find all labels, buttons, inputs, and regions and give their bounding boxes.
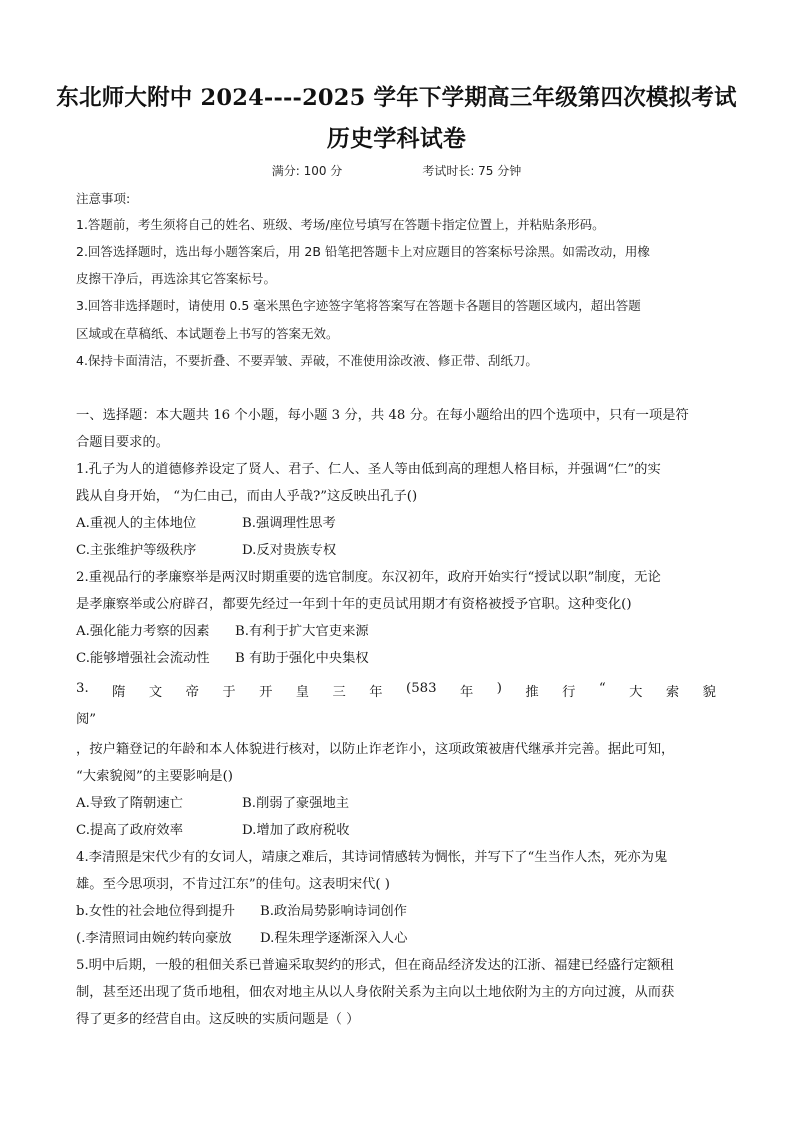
question-1-options-row: C.主张维护等级秩序D.反对贵族专权 <box>76 539 336 558</box>
question-4-options-row: b.女性的社会地位得到提升B.政治局势影响诗词创作 <box>76 900 407 919</box>
option-b[interactable]: B.政治局势影响诗词创作 <box>260 900 407 919</box>
question-2-options-row: C.能够增强社会流动性B 有助于强化中央集权 <box>76 647 369 666</box>
question-3-stem-spread: 3. 隋 文 帝 于 开 皇 三 年 (583 年 ) 推 行 “ 大 索 貌 <box>76 681 716 700</box>
option-d[interactable]: B 有助于强化中央集权 <box>235 647 369 666</box>
question-4-stem: 雄。至今思项羽，不肯过江东”的佳句。这表明宋代( ) <box>76 873 390 892</box>
exam-meta: 满分: 100 分考试时长: 75 分钟 <box>0 162 793 179</box>
option-b[interactable]: B.削弱了豪强地主 <box>242 792 349 811</box>
question-3-stem: ，按户籍登记的年龄和本人体貌进行核对，以防止诈老诈小，这项政策被唐代继承并完善。… <box>76 738 674 757</box>
section-intro: 一、选择题：本大题共 16 个小题，每小题 3 分，共 48 分。在每小题给出的… <box>76 404 689 423</box>
option-d[interactable]: D.反对贵族专权 <box>242 539 336 558</box>
question-5-stem: 制，甚至还出现了货币地租，佃农对地主从以人身依附关系为主向以土地依附为主的方向过… <box>76 981 674 1000</box>
option-c[interactable]: C.提高了政府效率 <box>76 819 242 838</box>
option-c[interactable]: (.李清照词由婉约转向豪放 <box>76 927 260 946</box>
notice-item: 区域或在草稿纸、本试题卷上书写的答案无效。 <box>76 324 339 342</box>
question-4-stem: 4.李清照是宋代少有的女词人，靖康之难后，其诗词情感转为惆怅，并写下了“生当作人… <box>76 846 667 865</box>
option-d[interactable]: D.增加了政府税收 <box>242 819 350 838</box>
question-1-options-row: A.重视人的主体地位B.强调理性思考 <box>76 512 336 531</box>
exam-title: 东北师大附中 2024----2025 学年下学期高三年级第四次模拟考试 <box>0 80 793 112</box>
question-1-stem: 践从自身开始， “为仁由己，而由人乎哉?”这反映出孔子() <box>76 485 417 504</box>
option-a[interactable]: A.重视人的主体地位 <box>76 512 242 531</box>
notice-item: 皮擦干净后，再选涂其它答案标号。 <box>76 269 276 287</box>
exam-subtitle: 历史学科试卷 <box>0 120 793 153</box>
option-a[interactable]: b.女性的社会地位得到提升 <box>76 900 260 919</box>
section-intro: 合题目要求的。 <box>76 431 169 450</box>
question-3-stem: 阅” <box>76 708 96 727</box>
option-b[interactable]: B.有利于扩大官吏来源 <box>235 620 369 639</box>
option-c[interactable]: C.能够增强社会流动性 <box>76 647 235 666</box>
option-b[interactable]: B.强调理性思考 <box>242 512 336 531</box>
notice-item: 3.回答非选择题时，请使用 0.5 毫米黑色字迹签字笔将答案写在答题卡各题目的答… <box>76 296 641 314</box>
question-2-options-row: A.强化能力考察的因素B.有利于扩大官吏来源 <box>76 620 369 639</box>
exam-page: 东北师大附中 2024----2025 学年下学期高三年级第四次模拟考试 历史学… <box>0 0 793 1121</box>
question-3-options-row: A.导致了隋朝速亡B.削弱了豪强地主 <box>76 792 349 811</box>
option-c[interactable]: C.主张维护等级秩序 <box>76 539 242 558</box>
option-d[interactable]: D.程朱理学逐渐深入人心 <box>260 927 407 946</box>
notice-item: 2.回答选择题时，选出每小题答案后，用 2B 铅笔把答题卡上对应题目的答案标号涂… <box>76 242 650 260</box>
full-score: 满分: 100 分 <box>272 162 343 179</box>
option-a[interactable]: A.导致了隋朝速亡 <box>76 792 242 811</box>
question-3-stem: “大索貌阅”的主要影响是() <box>76 765 233 784</box>
question-2-stem: 2.重视品行的孝廉察举是两汉时期重要的选官制度。东汉初年，政府开始实行“授试以职… <box>76 566 661 585</box>
notice-item: 4.保持卡面清洁，不要折叠、不要弄皱、弄破，不准使用涂改液、修正带、刮纸刀。 <box>76 351 538 369</box>
question-5-stem: 得了更多的经营自由。这反映的实质问题是（ ） <box>76 1008 359 1027</box>
notice-item: 1.答题前，考生须将自己的姓名、班级、考场/座位号填写在答题卡指定位置上，并粘贴… <box>76 215 605 233</box>
question-2-stem: 是孝廉察举或公府辟召，都要先经过一年到十年的吏员试用期才有资格被授予官职。这种变… <box>76 593 632 612</box>
notice-heading: 注意事项: <box>76 189 130 207</box>
question-4-options-row: (.李清照词由婉约转向豪放D.程朱理学逐渐深入人心 <box>76 927 407 946</box>
exam-duration: 考试时长: 75 分钟 <box>422 162 521 179</box>
question-5-stem: 5.明中后期，一般的租佃关系已普遍采取契约的形式，但在商品经济发达的江浙、福建已… <box>76 954 674 973</box>
question-3-options-row: C.提高了政府效率D.增加了政府税收 <box>76 819 350 838</box>
option-a[interactable]: A.强化能力考察的因素 <box>76 620 235 639</box>
question-1-stem: 1.孔子为人的道德修养设定了贤人、君子、仁人、圣人等由低到高的理想人格目标，并强… <box>76 458 661 477</box>
